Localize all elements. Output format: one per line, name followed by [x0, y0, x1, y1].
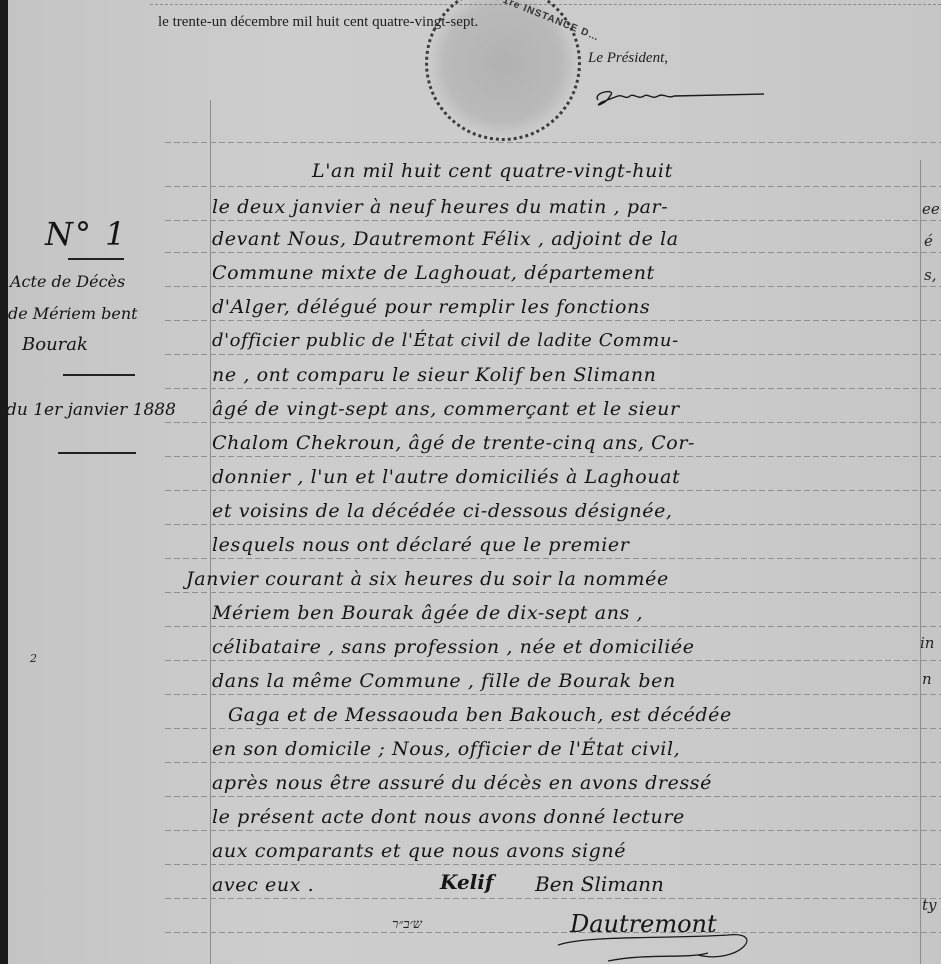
body-line: d'Alger, délégué pour remplir les foncti… — [212, 296, 650, 318]
ruled-line — [165, 388, 941, 389]
body-line: ne , ont comparu le sieur Kolif ben Slim… — [212, 364, 657, 386]
ruled-line — [165, 728, 941, 729]
ruled-line — [165, 422, 941, 423]
ruled-line — [165, 252, 941, 253]
body-line: célibataire , sans profession , née et d… — [212, 636, 695, 658]
date-underline — [58, 452, 136, 454]
body-line: le présent acte dont nous avons donné le… — [212, 806, 685, 828]
right-edge-fragment: s, — [924, 266, 936, 284]
right-margin-line — [920, 160, 921, 964]
president-label: Le Président, — [588, 50, 668, 67]
ruled-line — [165, 320, 941, 321]
ruled-line — [165, 626, 941, 627]
ruled-line — [165, 220, 941, 221]
margin-title-line: Acte de Décès — [10, 272, 125, 291]
right-edge-fragment: ee — [922, 200, 940, 218]
body-line: Janvier courant à six heures du soir la … — [186, 568, 669, 590]
body-line: lesquels nous ont déclaré que le premier — [212, 534, 629, 556]
ruled-line — [165, 762, 941, 763]
title-underline — [63, 374, 135, 376]
right-edge-fragment: in — [920, 634, 934, 652]
ruled-line — [165, 354, 941, 355]
margin-title-line: Bourak — [22, 334, 88, 355]
body-line: après nous être assuré du décès en avons… — [212, 772, 712, 794]
body-line: avec eux . — [212, 874, 314, 896]
body-line: L'an mil huit cent quatre-vingt-huit — [312, 160, 673, 182]
ruled-line — [165, 796, 941, 797]
president-signature — [588, 82, 768, 112]
ruled-line — [165, 456, 941, 457]
ruled-line — [165, 490, 941, 491]
body-line: et voisins de la décédée ci-dessous dési… — [212, 500, 673, 522]
hebrew-mark: ש׳ב״ר — [392, 916, 422, 932]
ruled-line — [165, 142, 941, 143]
body-line: Commune mixte de Laghouat, département — [212, 262, 655, 284]
ruled-line — [165, 864, 941, 865]
ruled-line — [165, 660, 941, 661]
right-edge-fragment: ty — [922, 896, 937, 914]
ruled-line — [165, 186, 941, 187]
ruled-line — [165, 524, 941, 525]
acte-number: N° 1 — [45, 215, 128, 253]
body-line: le deux janvier à neuf heures du matin ,… — [212, 196, 668, 218]
ruled-line — [165, 694, 941, 695]
body-line: Gaga et de Messaouda ben Bakouch, est dé… — [228, 704, 732, 726]
body-line: dans la même Commune , fille de Bourak b… — [212, 670, 676, 692]
right-edge-fragment: é — [924, 232, 933, 250]
body-line: donnier , l'un et l'autre domiciliés à L… — [212, 466, 680, 488]
body-line: Chalom Chekroun, âgé de trente-cinq ans,… — [212, 432, 695, 454]
margin-title-line: de Mériem bent — [8, 304, 138, 323]
register-page: le trente-un décembre mil huit cent quat… — [0, 0, 941, 964]
witness-signature-1: Kelif — [440, 870, 493, 894]
body-line: d'officier public de l'État civil de lad… — [212, 330, 679, 351]
body-line: Mériem ben Bourak âgée de dix-sept ans , — [212, 602, 643, 624]
body-line: âgé de vingt-sept ans, commerçant et le … — [212, 398, 680, 420]
left-margin-line — [210, 100, 211, 964]
ruled-line — [165, 830, 941, 831]
officer-signature-flourish — [548, 895, 778, 964]
number-underline — [68, 258, 124, 260]
body-line: devant Nous, Dautremont Félix , adjoint … — [212, 228, 679, 250]
body-line: aux comparants et que nous avons signé — [212, 840, 626, 862]
left-edge-mark: 2 — [30, 652, 37, 665]
body-line: en son domicile ; Nous, officier de l'Ét… — [212, 738, 680, 760]
margin-date: du 1er janvier 1888 — [6, 400, 176, 420]
binding-edge — [0, 0, 8, 964]
witness-signature-2: Ben Slimann — [535, 872, 664, 896]
ruled-line — [165, 558, 941, 559]
ruled-line — [165, 592, 941, 593]
right-edge-fragment: n — [922, 670, 932, 688]
ruled-line — [165, 286, 941, 287]
printed-date-line: le trente-un décembre mil huit cent quat… — [158, 14, 478, 31]
